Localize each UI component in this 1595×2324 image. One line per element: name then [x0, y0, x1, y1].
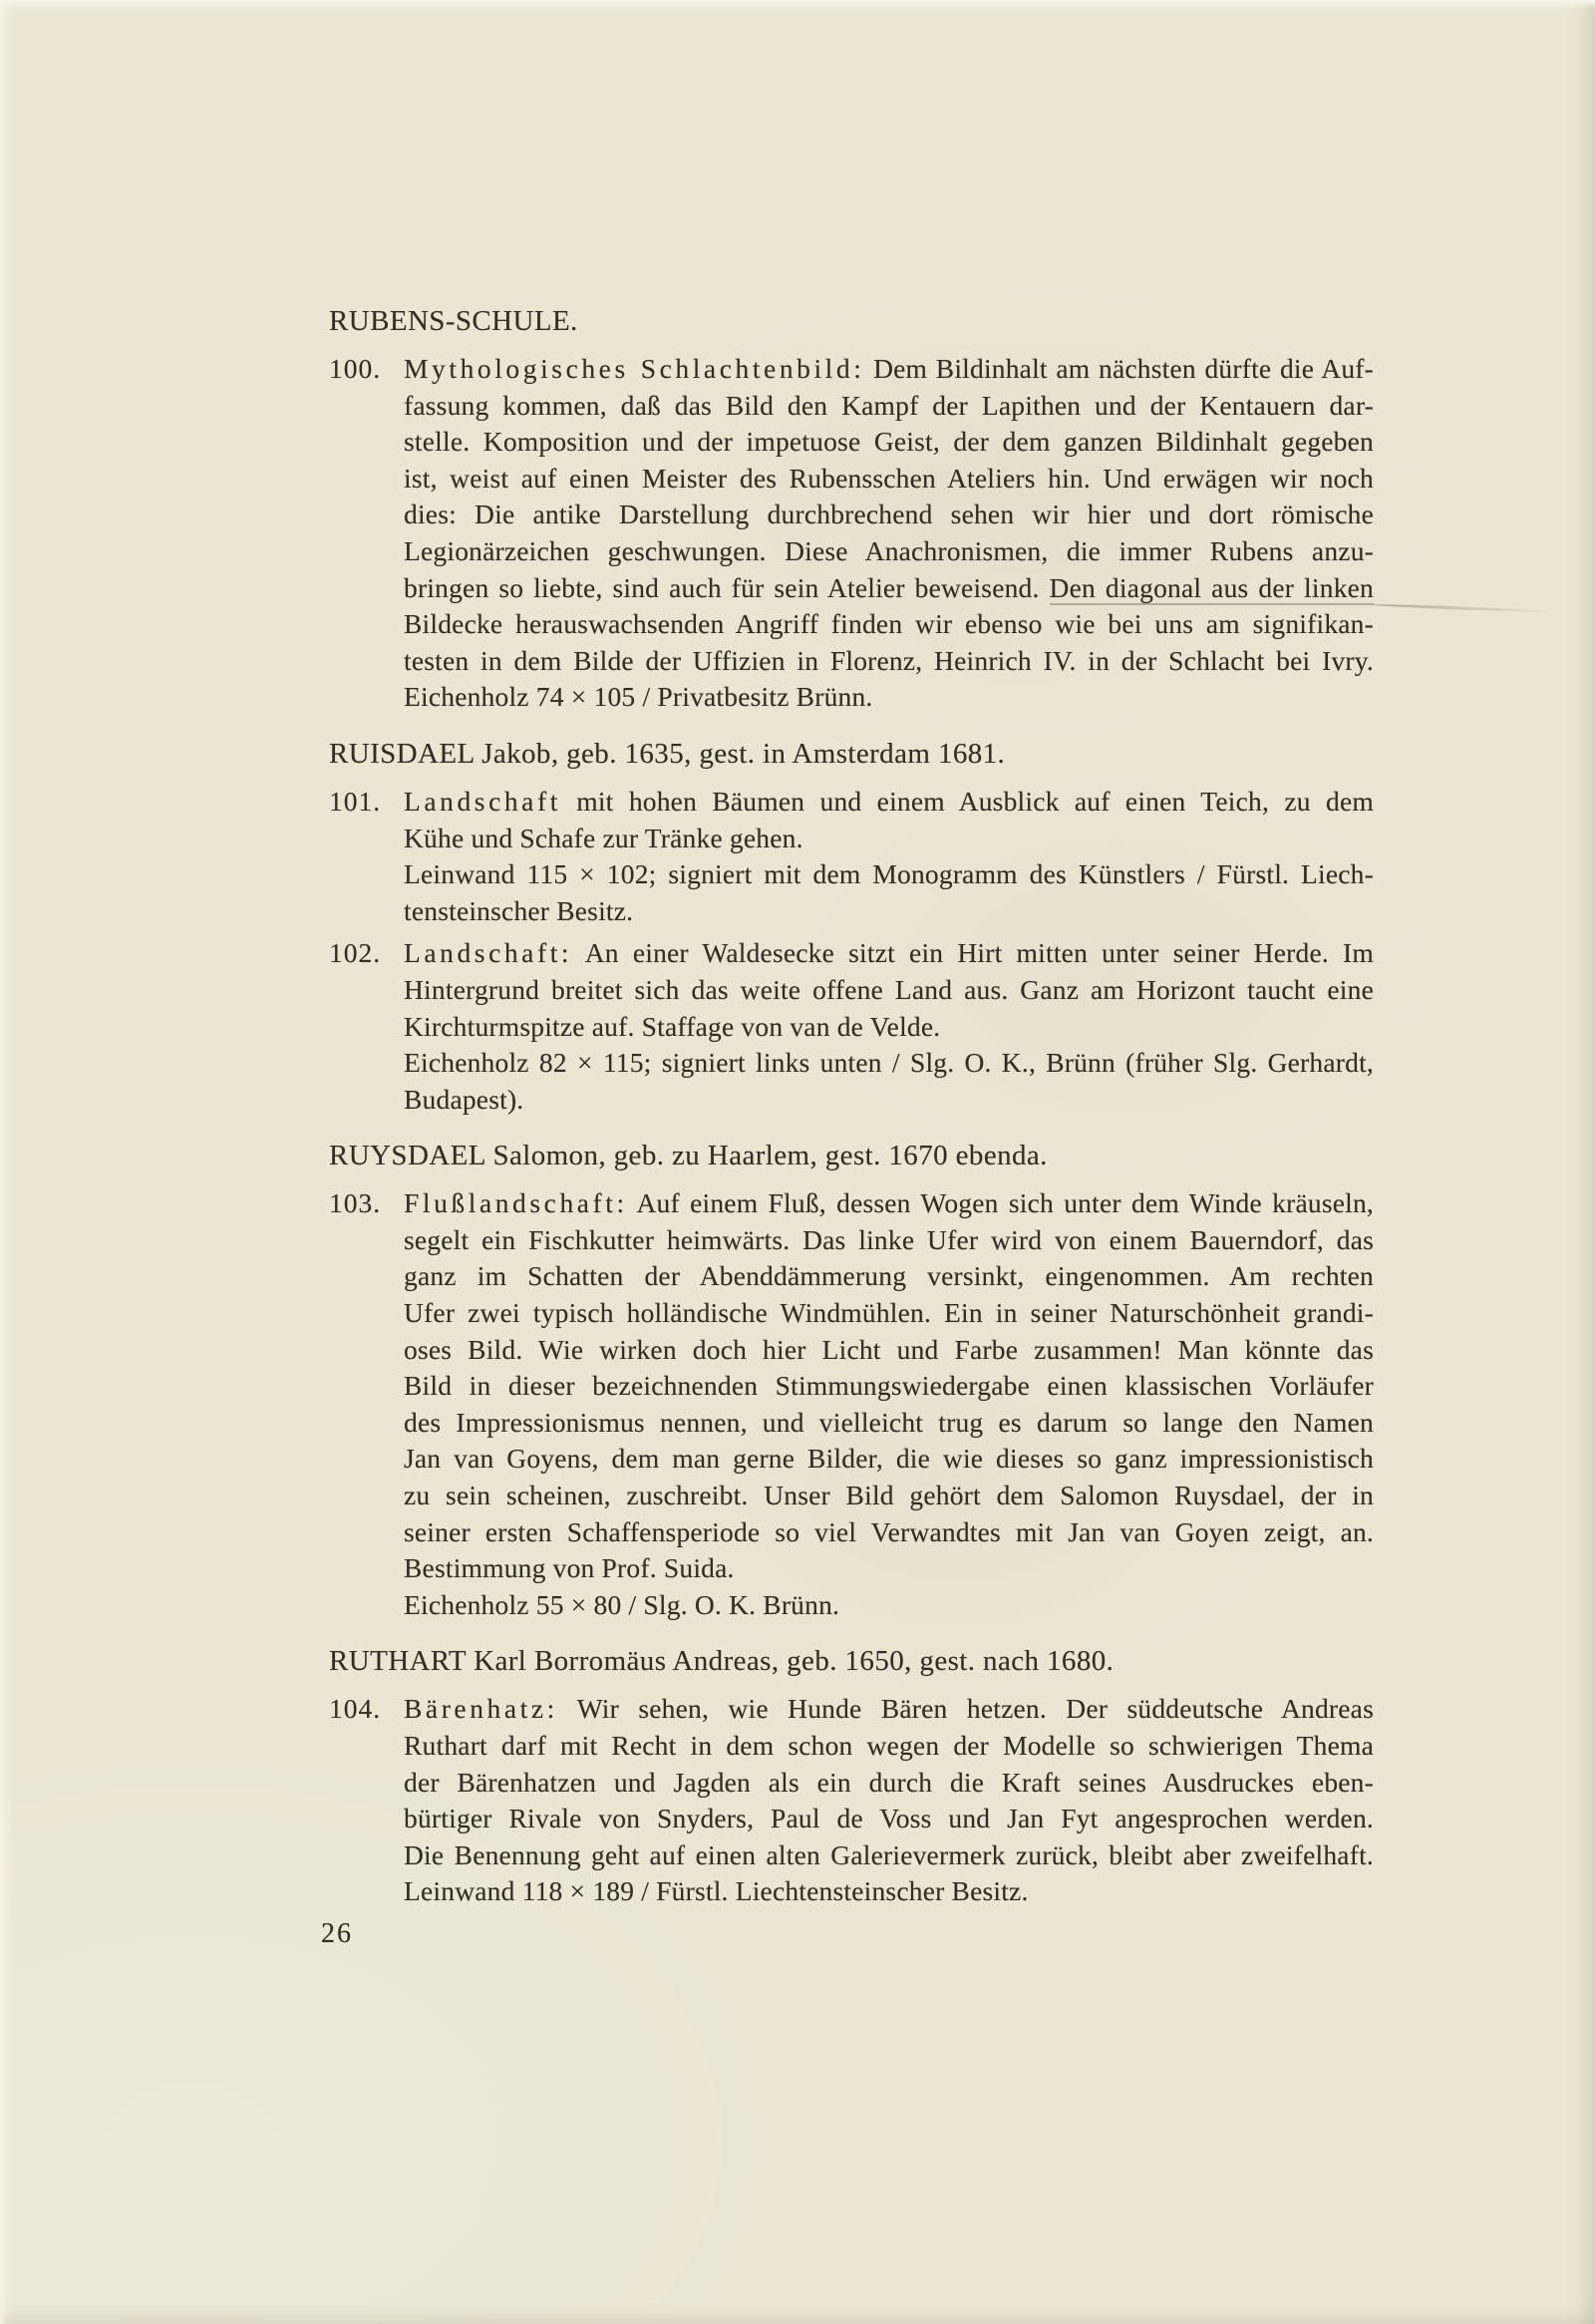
spaced-term: Mythologisches Schlachtenbild:: [404, 353, 864, 384]
entry-number: 101.: [329, 784, 381, 821]
text-line: segelt ein Fischkutter heimwärts. Das li…: [404, 1222, 1374, 1259]
text-run: Ufer zwei typisch holländische Windmühle…: [404, 1297, 1374, 1328]
text-run: dies: Die antike Darstellung durchbreche…: [404, 498, 1374, 529]
text-line: Bildecke herauswachsenden Angriff finden…: [404, 606, 1374, 643]
catalog-entry-104: 104.Bärenhatz: Wir sehen, wie Hunde Bäre…: [329, 1691, 1374, 1910]
text-run: mit hohen Bäumen und einem Ausblick auf …: [561, 786, 1374, 817]
spaced-term: Flußlandschaft:: [404, 1187, 628, 1218]
spaced-term: Landschaft:: [404, 937, 572, 968]
spaced-term: Bärenhatz:: [404, 1693, 558, 1724]
text-line: ganz im Schatten der Abenddämmerung vers…: [404, 1258, 1374, 1295]
text-run: Eichenholz 82 × 115; signiert links unte…: [404, 1047, 1374, 1078]
text-run: An einer Waldesecke sitzt ein Hirt mitte…: [572, 937, 1374, 968]
text-line: Eichenholz 82 × 115; signiert links unte…: [404, 1045, 1374, 1082]
text-line: ist, weist auf einen Meister des Rubenss…: [404, 461, 1374, 498]
text-line: Leinwand 115 × 102; signiert mit dem Mon…: [404, 856, 1374, 893]
book-page: RUBENS-SCHULE.100.Mythologisches Schlach…: [0, 0, 1595, 2324]
pencil-underline: Den diagonal aus der linken: [1050, 572, 1374, 605]
text-run: Eichenholz 74 × 105 / Privatbesitz Brünn…: [404, 681, 873, 712]
artist-heading: RUYSDAEL Salomon, geb. zu Haarlem, gest.…: [329, 1136, 1374, 1175]
text-line: seiner ersten Schaffensperiode so viel V…: [404, 1514, 1374, 1551]
text-run: Wir sehen, wie Hunde Bären hetzen. Der s…: [558, 1693, 1374, 1724]
text-line: Bärenhatz: Wir sehen, wie Hunde Bären he…: [404, 1691, 1374, 1728]
artist-heading: RUTHART Karl Borromäus Andreas, geb. 165…: [329, 1641, 1374, 1681]
entry-number: 104.: [329, 1691, 381, 1728]
text-line: Landschaft: An einer Waldesecke sitzt ei…: [404, 935, 1374, 972]
text-run: segelt ein Fischkutter heimwärts. Das li…: [404, 1224, 1374, 1255]
text-run: ist, weist auf einen Meister des Rubenss…: [404, 463, 1374, 494]
text-line: Eichenholz 74 × 105 / Privatbesitz Brünn…: [404, 679, 1374, 716]
text-run: zu sein scheinen, zuschreibt. Unser Bild…: [404, 1480, 1374, 1510]
text-line: Flußlandschaft: Auf einem Fluß, dessen W…: [404, 1185, 1374, 1222]
page-number: 26: [321, 1918, 353, 1950]
catalog-entry-103: 103.Flußlandschaft: Auf einem Fluß, dess…: [329, 1185, 1374, 1623]
text-run: Auf einem Fluß, dessen Wogen sich unter …: [628, 1187, 1374, 1218]
spaced-term: Landschaft: [404, 786, 561, 817]
text-run: stelle. Komposition und der impetuose Ge…: [404, 426, 1374, 457]
text-line: bringen so liebte, sind auch für sein At…: [404, 570, 1374, 607]
text-line: Bild in dieser bezeichnenden Stimmungswi…: [404, 1368, 1374, 1405]
text-line: tensteinscher Besitz.: [404, 893, 1374, 930]
text-line: zu sein scheinen, zuschreibt. Unser Bild…: [404, 1478, 1374, 1514]
artist-heading: RUBENS-SCHULE.: [329, 301, 1374, 341]
text-line: Leinwand 118 × 189 / Fürstl. Liechtenste…: [404, 1873, 1374, 1910]
text-line: Kühe und Schafe zur Tränke gehen.: [404, 821, 1374, 857]
text-run: Dem Bildinhalt am nächsten dürfte die Au…: [864, 353, 1374, 384]
text-line: bürtiger Rivale von Snyders, Paul de Vos…: [404, 1801, 1374, 1837]
text-line: Ruthart darf mit Recht in dem schon wege…: [404, 1728, 1374, 1765]
text-line: Landschaft mit hohen Bäumen und einem Au…: [404, 784, 1374, 821]
text-line: Legionärzeichen geschwungen. Diese Anach…: [404, 533, 1374, 570]
text-run: fassung kommen, daß das Bild den Kampf d…: [404, 390, 1374, 421]
text-run: Bild in dieser bezeichnenden Stimmungswi…: [404, 1370, 1374, 1401]
text-run: Jan van Goyens, dem man gerne Bilder, di…: [404, 1443, 1374, 1474]
catalog-entry-101: 101.Landschaft mit hohen Bäumen und eine…: [329, 784, 1374, 929]
text-run: Hintergrund breitet sich das weite offen…: [404, 974, 1374, 1005]
entry-number: 102.: [329, 935, 381, 972]
text-line: Jan van Goyens, dem man gerne Bilder, di…: [404, 1441, 1374, 1478]
catalog-entry-102: 102.Landschaft: An einer Waldesecke sitz…: [329, 935, 1374, 1118]
text-run: Die Benennung geht auf einen alten Galer…: [404, 1839, 1374, 1870]
artist-heading: RUISDAEL Jakob, geb. 1635, gest. in Amst…: [329, 734, 1374, 774]
text-line: Bestimmung von Prof. Suida.: [404, 1550, 1374, 1587]
catalog-entry-100: 100.Mythologisches Schlachtenbild: Dem B…: [329, 351, 1374, 716]
text-line: Kirchturmspitze auf. Staffage von van de…: [404, 1009, 1374, 1046]
text-line: Ufer zwei typisch holländische Windmühle…: [404, 1295, 1374, 1332]
text-run: des Impressionismus nennen, und vielleic…: [404, 1407, 1374, 1438]
text-run: Kühe und Schafe zur Tränke gehen.: [404, 823, 803, 853]
text-line: dies: Die antike Darstellung durchbreche…: [404, 497, 1374, 533]
text-line: oses Bild. Wie wirken doch hier Licht un…: [404, 1332, 1374, 1369]
text-line: Mythologisches Schlachtenbild: Dem Bildi…: [404, 351, 1374, 388]
text-run: Bildecke herauswachsenden Angriff finden…: [404, 608, 1374, 639]
text-run: tensteinscher Besitz.: [404, 895, 633, 926]
text-run: oses Bild. Wie wirken doch hier Licht un…: [404, 1334, 1374, 1365]
text-run: Ruthart darf mit Recht in dem schon wege…: [404, 1730, 1374, 1761]
text-line: Hintergrund breitet sich das weite offen…: [404, 972, 1374, 1009]
entry-number: 103.: [329, 1185, 381, 1222]
text-run: Eichenholz 55 × 80 / Slg. O. K. Brünn.: [404, 1589, 839, 1620]
text-line: fassung kommen, daß das Bild den Kampf d…: [404, 388, 1374, 425]
text-run: seiner ersten Schaffensperiode so viel V…: [404, 1516, 1374, 1547]
entry-number: 100.: [329, 351, 381, 388]
text-line: des Impressionismus nennen, und vielleic…: [404, 1405, 1374, 1442]
text-run: bürtiger Rivale von Snyders, Paul de Vos…: [404, 1803, 1374, 1833]
text-line: testen in dem Bilde der Uffizien in Flor…: [404, 643, 1374, 680]
text-line: der Bärenhatzen und Jagden als ein durch…: [404, 1765, 1374, 1802]
catalog: RUBENS-SCHULE.100.Mythologisches Schlach…: [329, 301, 1374, 1910]
text-run: Bestimmung von Prof. Suida.: [404, 1552, 735, 1583]
text-line: Budapest).: [404, 1082, 1374, 1119]
text-run: testen in dem Bilde der Uffizien in Flor…: [404, 645, 1374, 676]
text-run: Leinwand 115 × 102; signiert mit dem Mon…: [404, 858, 1374, 889]
text-run: Legionärzeichen geschwungen. Diese Anach…: [404, 535, 1374, 566]
text-run: Kirchturmspitze auf. Staffage von van de…: [404, 1011, 940, 1042]
text-run: der Bärenhatzen und Jagden als ein durch…: [404, 1767, 1374, 1798]
text-run: Budapest).: [404, 1084, 523, 1115]
text-line: Die Benennung geht auf einen alten Galer…: [404, 1837, 1374, 1874]
text-run: Leinwand 118 × 189 / Fürstl. Liechtenste…: [404, 1875, 1029, 1906]
text-line: stelle. Komposition und der impetuose Ge…: [404, 424, 1374, 461]
text-line: Eichenholz 55 × 80 / Slg. O. K. Brünn.: [404, 1587, 1374, 1624]
text-run: bringen so liebte, sind auch für sein At…: [404, 572, 1050, 603]
text-run: ganz im Schatten der Abenddämmerung vers…: [404, 1260, 1374, 1291]
